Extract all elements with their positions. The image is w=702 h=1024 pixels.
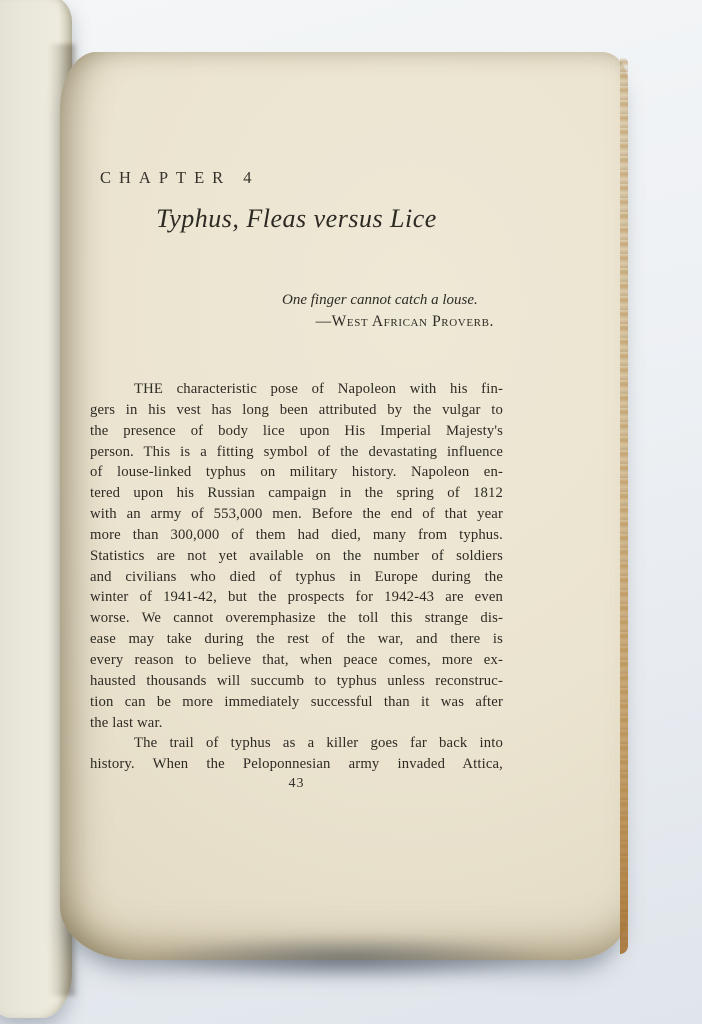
body-line: history. When the Peloponnesian army inv… [90,754,503,775]
body-line: The trail of typhus as a killer goes far… [90,733,503,754]
body-line: worse. We cannot overemphasize the toll … [90,608,503,629]
body-line: winter of 1941-42, but the prospects for… [90,587,503,608]
page-fore-edge [620,58,628,954]
body-line: gers in his vest has long been attribute… [90,400,503,421]
epigraph-quote: One finger cannot catch a louse. [282,289,494,311]
chapter-heading: CHAPTER 4 [100,168,260,188]
body-line: person. This is a fitting symbol of the … [90,442,503,463]
page-number: 43 [90,776,503,792]
ground-shadow [64,936,630,994]
epigraph: One finger cannot catch a louse. —West A… [282,289,494,333]
body-text: THE characteristic pose of Napoleon with… [90,379,503,775]
book-photo: CHAPTER 4 Typhus, Fleas versus Lice One … [0,0,702,1024]
chapter-title: Typhus, Fleas versus Lice [90,204,503,234]
body-line: with an army of 553,000 men. Before the … [90,504,503,525]
body-line: and civilians who died of typhus in Euro… [90,567,503,588]
body-line: hausted thousands will succumb to typhus… [90,671,503,692]
body-line: Statistics are not yet available on the … [90,546,503,567]
body-line: tered upon his Russian campaign in the s… [90,483,503,504]
body-line: THE characteristic pose of Napoleon with… [90,379,503,400]
body-line: the last war. [90,713,503,734]
body-line: every reason to believe that, when peace… [90,650,503,671]
body-line: tion can be more immediately successful … [90,692,503,713]
body-line: more than 300,000 of them had died, many… [90,525,503,546]
body-line: the presence of body lice upon His Imper… [90,421,503,442]
body-line: of louse-linked typhus on military histo… [90,462,503,483]
body-line: ease may take during the rest of the war… [90,629,503,650]
epigraph-attribution: —West African Proverb. [282,311,494,333]
